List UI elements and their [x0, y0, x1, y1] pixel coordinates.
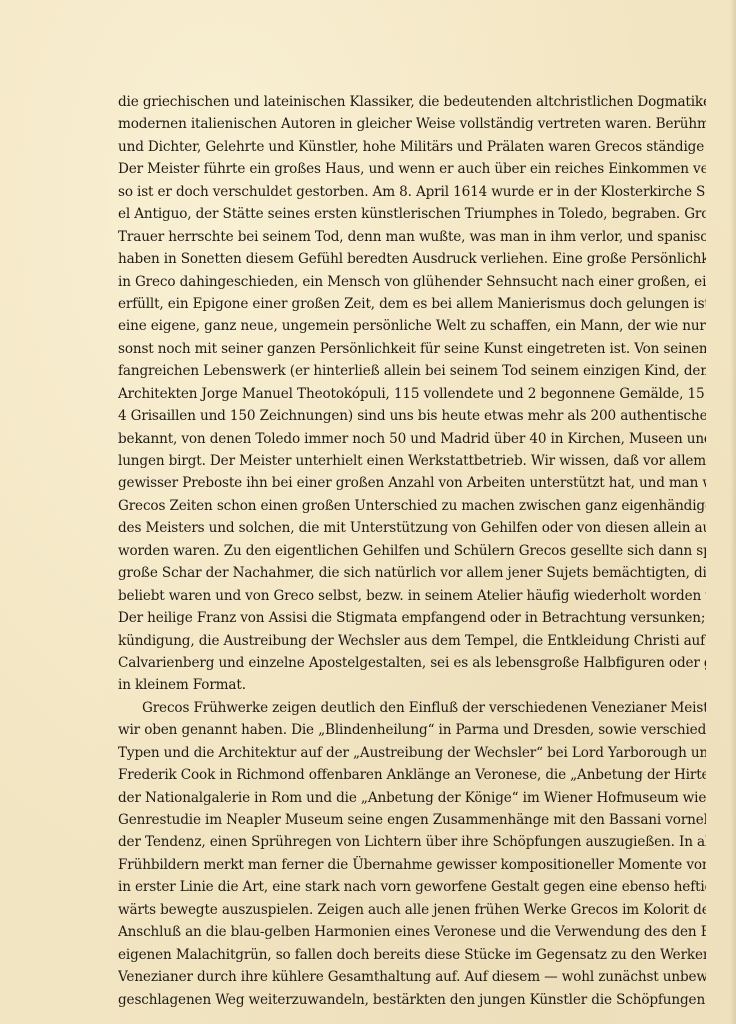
text-line: Typen und die Architektur auf der „Austr… [118, 742, 706, 764]
text-line: kündigung, die Austreibung der Wechsler … [118, 630, 706, 652]
text-line: der Nationalgalerie in Rom und die „Anbe… [118, 787, 706, 809]
text-line: geschlagenen Weg weiterzuwandeln, bestär… [118, 989, 706, 1011]
text-line: haben in Sonetten diesem Gefühl beredten… [118, 248, 706, 270]
text-line: beliebt waren und von Greco selbst, bezw… [118, 585, 706, 607]
page-edge-shadow [730, 0, 736, 1024]
text-line: Venezianer durch ihre kühlere Gesamthalt… [118, 966, 706, 988]
body-text: die griechischen und lateinischen Klassi… [118, 91, 706, 1011]
text-line: Grecos Frühwerke zeigen deutlich den Ein… [118, 697, 706, 719]
text-line: wärts bewegte auszuspielen. Zeigen auch … [118, 899, 706, 921]
text-line: eine eigene, ganz neue, ungemein persönl… [118, 315, 706, 337]
text-line: wir oben genannt haben. Die „Blindenheil… [118, 719, 706, 741]
text-line: worden waren. Zu den eigentlichen Gehilf… [118, 540, 706, 562]
book-page: die griechischen und lateinischen Klassi… [0, 0, 736, 1024]
text-line: modernen italienischen Autoren in gleich… [118, 113, 706, 135]
text-line: in erster Linie die Art, eine stark nach… [118, 876, 706, 898]
text-line: 4 Grisaillen und 150 Zeichnungen) sind u… [118, 405, 706, 427]
text-line: Der heilige Franz von Assisi die Stigmat… [118, 607, 706, 629]
text-line: Architekten Jorge Manuel Theotokópuli, 1… [118, 383, 706, 405]
text-line: in kleinem Format. [118, 674, 706, 696]
text-line: große Schar der Nachahmer, die sich natü… [118, 562, 706, 584]
text-line: der Tendenz, einen Sprühregen von Lichte… [118, 831, 706, 853]
text-line: Calvarienberg und einzelne Apostelgestal… [118, 652, 706, 674]
text-line: lungen birgt. Der Meister unterhielt ein… [118, 450, 706, 472]
text-line: fangreichen Lebenswerk (er hinterließ al… [118, 360, 706, 382]
text-line: erfüllt, ein Epigone einer großen Zeit, … [118, 293, 706, 315]
text-line: gewisser Preboste ihn bei einer großen A… [118, 472, 706, 494]
text-line: Der Meister führte ein großes Haus, und … [118, 158, 706, 180]
text-line: Genrestudie im Neapler Museum seine enge… [118, 809, 706, 831]
text-line: eigenen Malachitgrün, so fallen doch ber… [118, 944, 706, 966]
text-line: in Greco dahingeschieden, ein Mensch von… [118, 271, 706, 293]
text-line: Trauer herrschte bei seinem Tod, denn ma… [118, 226, 706, 248]
text-line: des Meisters und solchen, die mit Unters… [118, 517, 706, 539]
paragraph-continuation: die griechischen und lateinischen Klassi… [118, 91, 706, 697]
text-line: bekannt, von denen Toledo immer noch 50 … [118, 428, 706, 450]
text-line: die griechischen und lateinischen Klassi… [118, 91, 706, 113]
text-line: Grecos Zeiten schon einen großen Untersc… [118, 495, 706, 517]
text-line: Frederik Cook in Richmond offenbaren Ank… [118, 764, 706, 786]
text-line: Anschluß an die blau-gelben Harmonien ei… [118, 921, 706, 943]
text-line: el Antiguo, der Stätte seines ersten kün… [118, 203, 706, 225]
text-line: und Dichter, Gelehrte und Künstler, hohe… [118, 136, 706, 158]
text-line: so ist er doch verschuldet gestorben. Am… [118, 181, 706, 203]
text-line: Frühbildern merkt man ferner die Übernah… [118, 854, 706, 876]
text-line: sonst noch mit seiner ganzen Persönlichk… [118, 338, 706, 360]
paragraph-early-works: Grecos Frühwerke zeigen deutlich den Ein… [118, 697, 706, 1011]
